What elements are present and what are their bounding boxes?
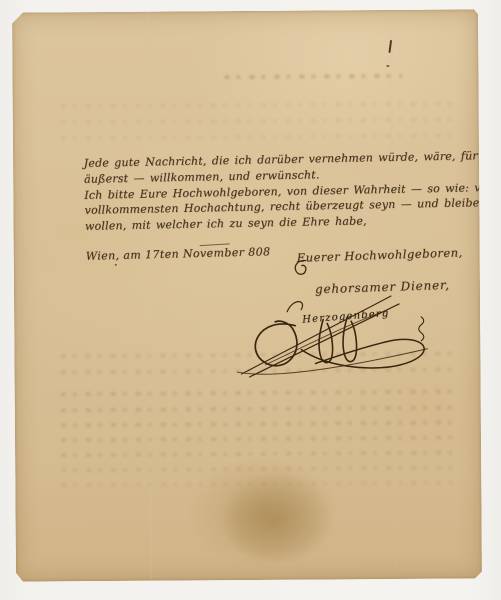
letter-body: Jede gute Nachricht, die ich darüber ver… [84,147,501,234]
letter-paper: Jede gute Nachricht, die ich darüber ver… [12,9,482,581]
bleedthrough-line [61,102,461,109]
signature-flourish [235,287,436,380]
bleedthrough-line [61,421,459,428]
paper-stain [221,472,332,563]
bleedthrough-line [61,451,459,458]
letter-dateline: Wien, am 17ten November 808 [86,245,271,263]
bleedthrough-line [61,466,459,473]
bleedthrough-line [224,74,402,79]
ink-mark [115,264,117,266]
bleedthrough-line [61,118,461,125]
bleedthrough-line [61,436,459,443]
ink-mark [386,65,389,67]
bleedthrough-line [61,390,459,397]
closing-flourish-curl [293,259,311,279]
closing-honorific: Euerer Hochwohlgeboren, [297,245,463,264]
vertical-fold-crease [146,12,152,581]
bleedthrough-line [61,134,461,141]
scan-background: Jede gute Nachricht, die ich darüber ver… [0,0,501,600]
bleedthrough-line [61,406,459,413]
